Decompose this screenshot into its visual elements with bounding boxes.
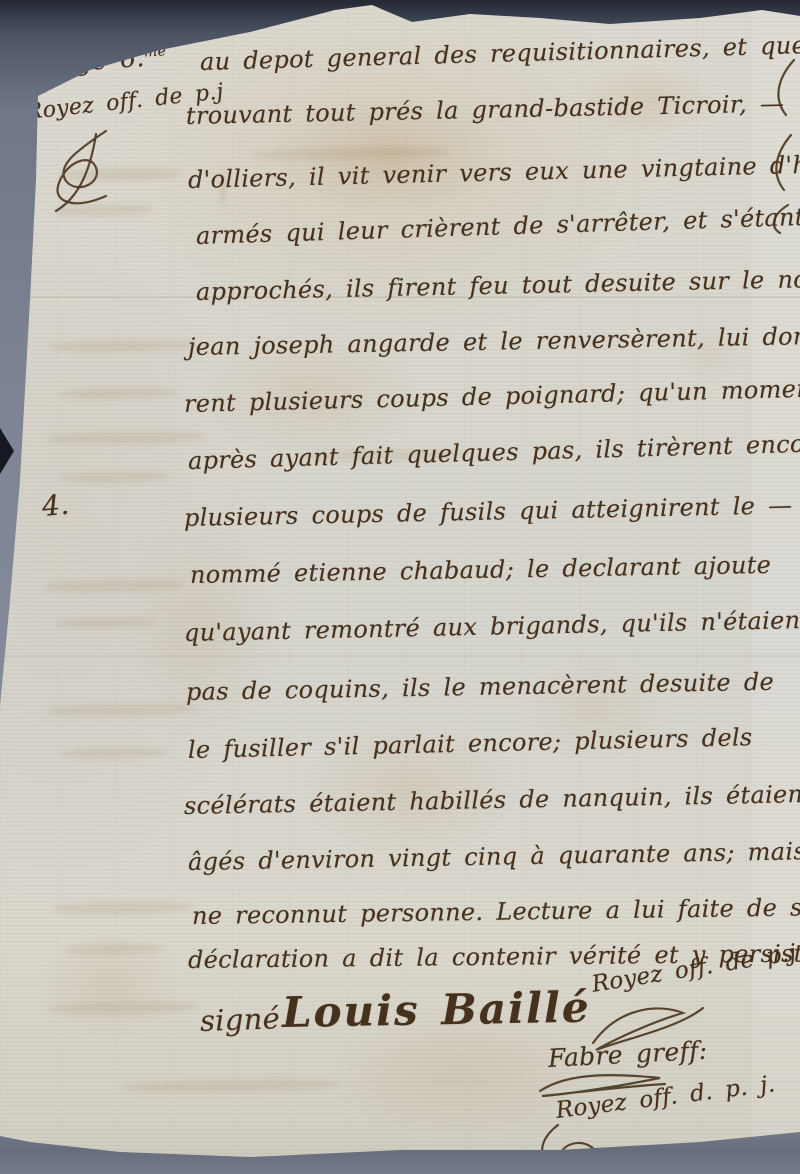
signature-louis-baille: Louis Baillé [282,983,591,1037]
margin-section-number: 4. [41,488,71,523]
paraph-flourish-icon [36,126,136,216]
manuscript-page: page 6.me Royez off. de p.j 4. au depot … [0,0,800,1174]
cut-off-writing-strokes [766,55,800,235]
signed-label: signé [199,1001,280,1038]
photo-of-manuscript: page 6.me Royez off. de p.j 4. au depot … [0,0,800,1174]
horizontal-fold-crease [0,655,800,657]
